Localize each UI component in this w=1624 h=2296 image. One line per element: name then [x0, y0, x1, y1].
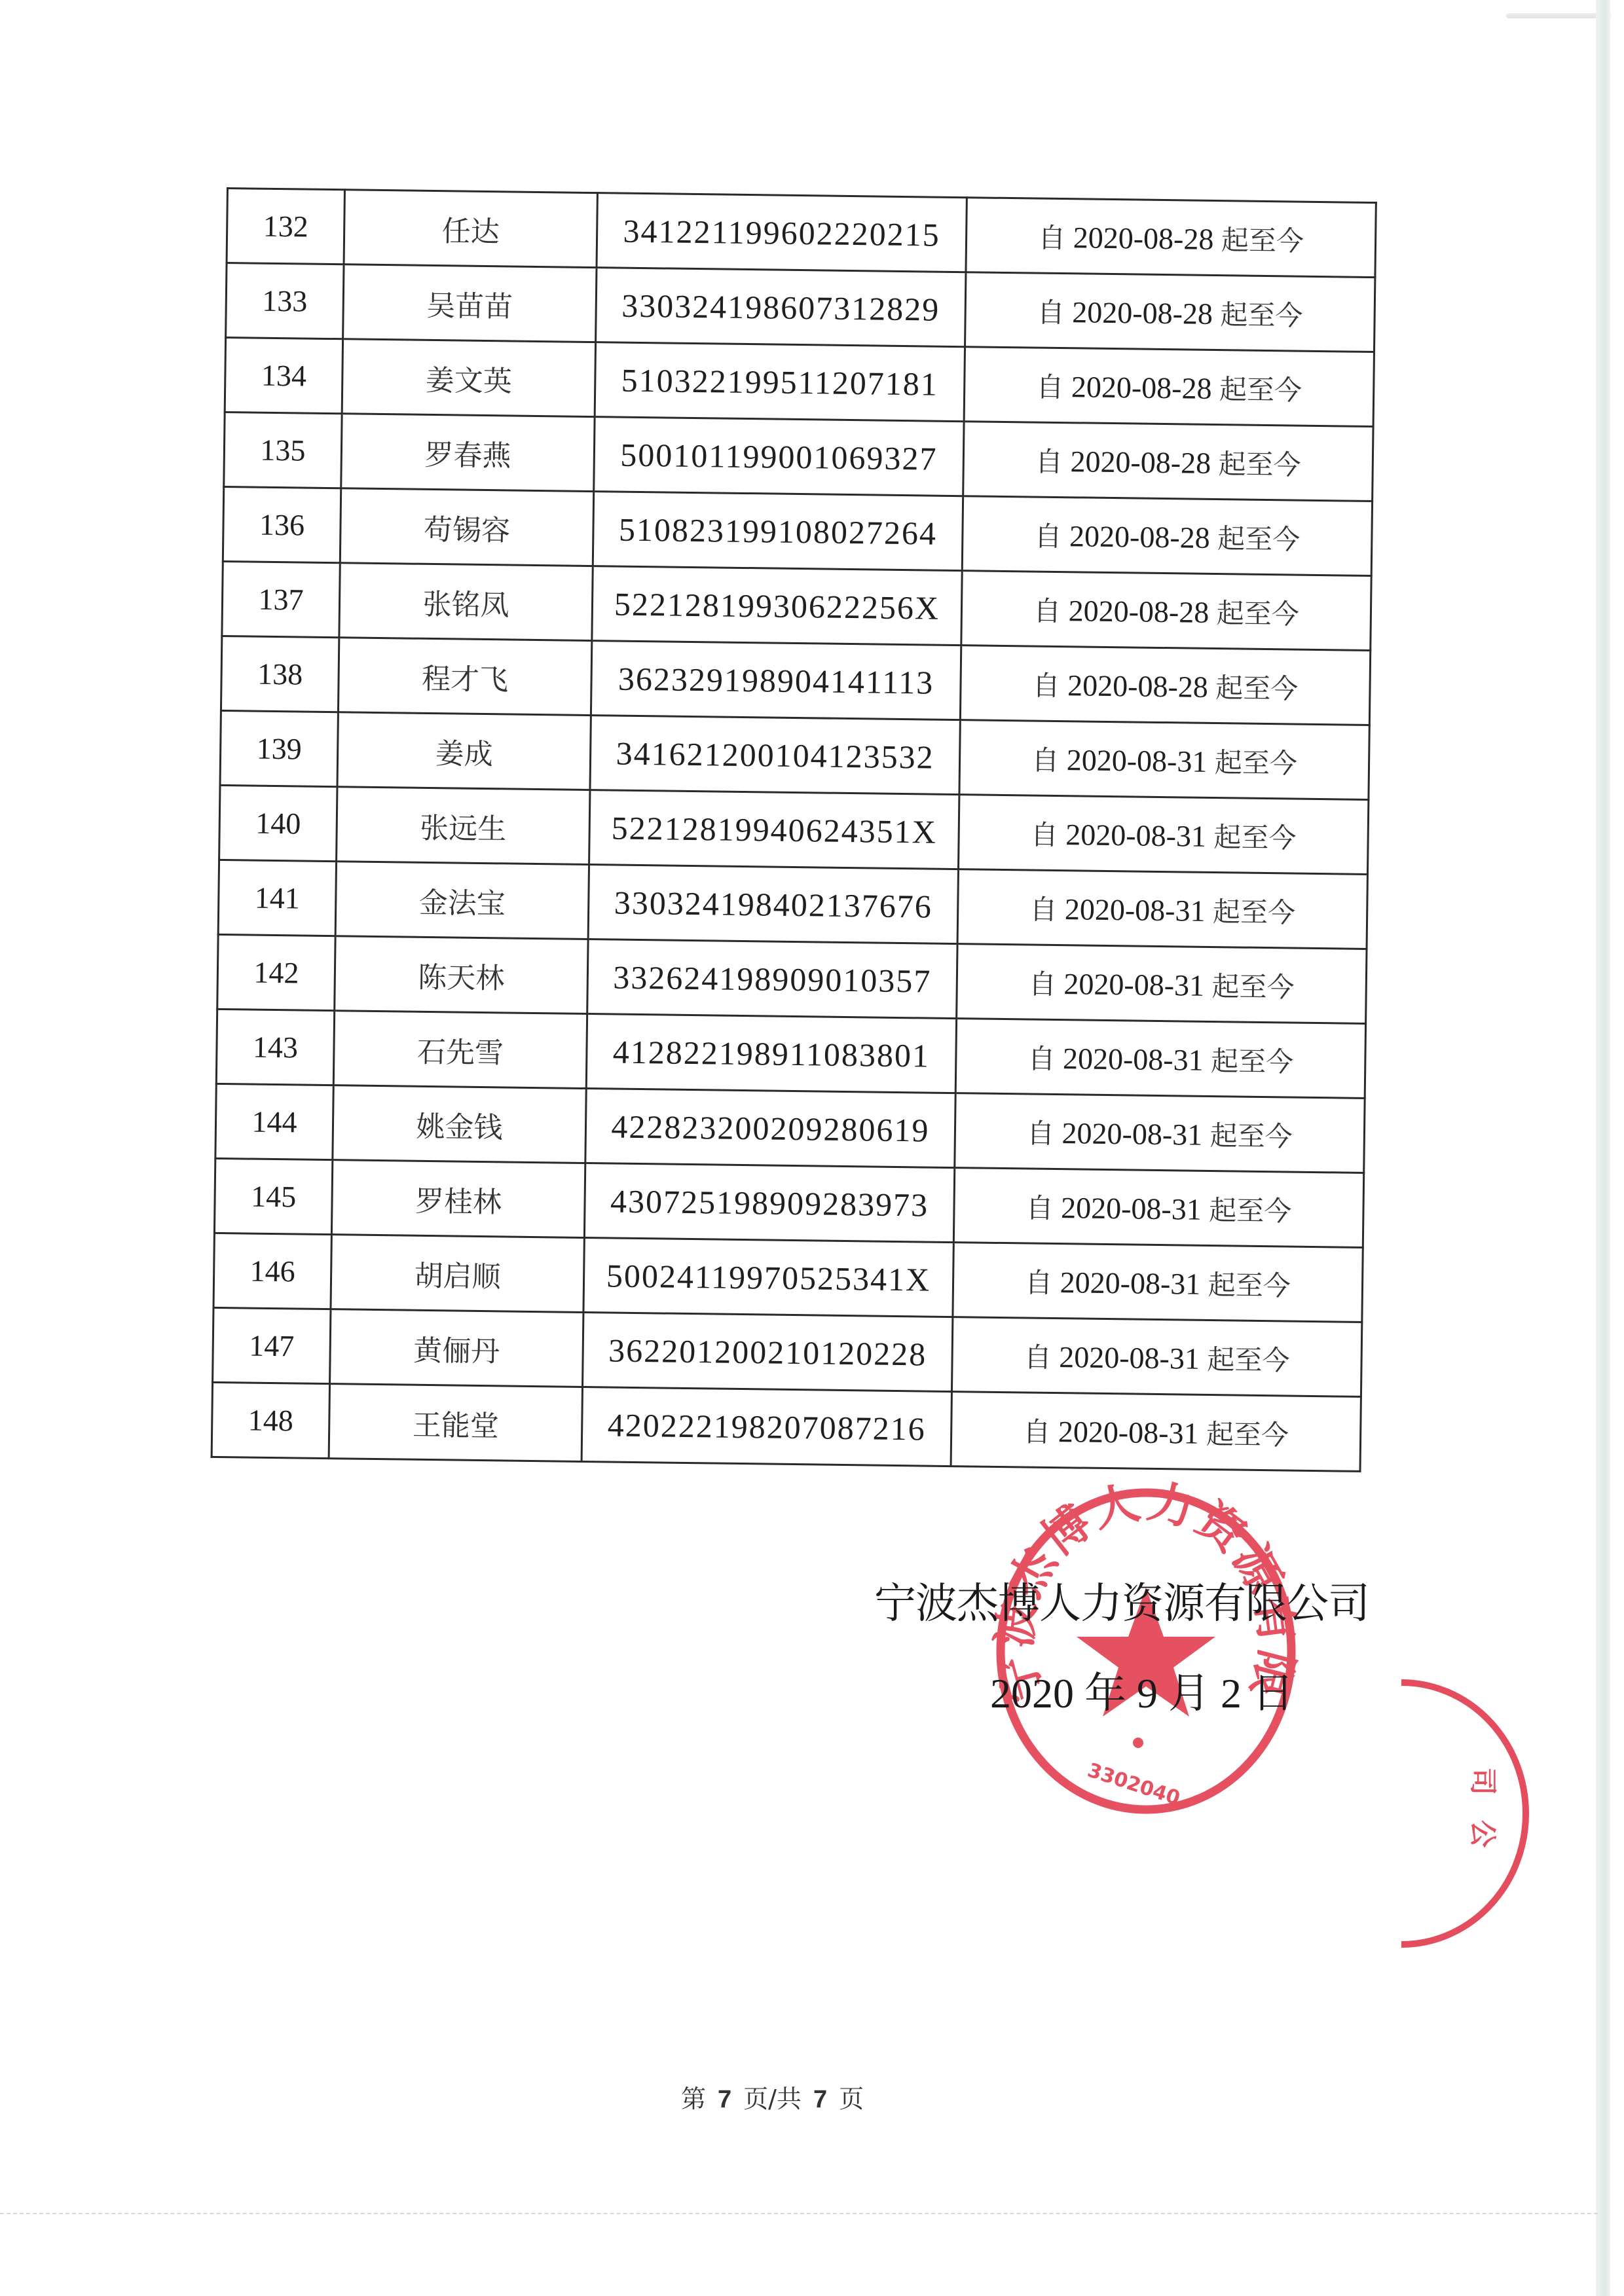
period-start-date: 2020-08-31	[1061, 1116, 1202, 1152]
period-suffix: 起至今	[1211, 1044, 1294, 1078]
employee-name: 金法宝	[335, 862, 589, 939]
period-start-date: 2020-08-28	[1068, 594, 1209, 629]
employment-period: 自 2020-08-31 起至今	[958, 795, 1368, 875]
period-suffix: 起至今	[1215, 672, 1299, 705]
total-page-count: 7	[802, 2086, 839, 2113]
employee-name: 姜文英	[342, 339, 595, 417]
employee-name: 任达	[344, 190, 597, 268]
date-year: 2020	[990, 1670, 1074, 1717]
roster-table: 132任达341221199602220215自 2020-08-28 起至今1…	[211, 187, 1377, 1472]
period-start-date: 2020-08-28	[1071, 370, 1212, 405]
employee-name: 罗桂林	[331, 1160, 585, 1238]
period-prefix: 自	[1032, 669, 1060, 702]
table-row: 144姚金钱422823200209280619自 2020-08-31 起至今	[215, 1084, 1365, 1173]
date-month-unit: 月	[1168, 1669, 1210, 1718]
id-number: 341621200104123532	[590, 716, 960, 795]
employee-name: 姜成	[337, 712, 591, 790]
employment-period: 自 2020-08-31 起至今	[957, 869, 1367, 949]
employment-period: 自 2020-08-31 起至今	[953, 1168, 1363, 1248]
period-prefix: 自	[1029, 893, 1058, 926]
period-prefix: 自	[1035, 445, 1063, 478]
period-prefix: 自	[1027, 1042, 1056, 1075]
period-suffix: 起至今	[1213, 896, 1296, 929]
period-start-date: 2020-08-31	[1061, 1191, 1202, 1226]
period-start-date: 2020-08-31	[1059, 1340, 1200, 1376]
row-number: 140	[219, 785, 337, 861]
row-number: 141	[218, 860, 336, 936]
period-prefix: 自	[1034, 520, 1062, 553]
date-year-unit: 年	[1084, 1669, 1126, 1718]
employment-period: 自 2020-08-31 起至今	[953, 1243, 1363, 1322]
id-number: 362329198904141113	[591, 641, 961, 720]
row-number: 143	[216, 1009, 334, 1085]
partial-seal-char: 公	[1467, 1820, 1499, 1848]
table-row: 138程才飞362329198904141113自 2020-08-28 起至今	[221, 636, 1370, 725]
period-suffix: 起至今	[1213, 821, 1297, 854]
period-prefix: 自	[1031, 818, 1059, 851]
row-number: 134	[225, 338, 342, 414]
table-row: 135罗春燕500101199001069327自 2020-08-28 起至今	[224, 412, 1373, 501]
id-number: 330324198402137676	[588, 865, 958, 944]
employee-name: 黄俪丹	[330, 1309, 583, 1387]
period-suffix: 起至今	[1220, 299, 1303, 332]
period-start-date: 2020-08-31	[1066, 743, 1207, 778]
table-row: 143石先雪412822198911083801自 2020-08-31 起至今	[216, 1009, 1365, 1098]
date-day: 2	[1221, 1670, 1242, 1717]
current-page-number: 7	[706, 2086, 743, 2113]
period-prefix: 自	[1025, 1266, 1053, 1299]
period-suffix: 起至今	[1208, 1268, 1291, 1302]
employment-period: 自 2020-08-31 起至今	[959, 720, 1369, 800]
period-start-date: 2020-08-28	[1067, 668, 1208, 704]
row-number: 146	[213, 1233, 331, 1309]
scan-edge-artifact	[1506, 13, 1611, 18]
period-start-date: 2020-08-31	[1063, 967, 1204, 1002]
period-start-date: 2020-08-31	[1058, 1415, 1199, 1450]
period-suffix: 起至今	[1217, 522, 1301, 556]
employment-period: 自 2020-08-28 起至今	[962, 496, 1372, 576]
employment-period: 自 2020-08-31 起至今	[957, 944, 1367, 1024]
employment-period: 自 2020-08-28 起至今	[960, 646, 1370, 725]
period-suffix: 起至今	[1209, 1119, 1293, 1152]
period-start-date: 2020-08-31	[1060, 1266, 1200, 1301]
row-number: 137	[222, 561, 340, 637]
period-suffix: 起至今	[1221, 224, 1304, 257]
table-row: 148王能堂420222198207087216自 2020-08-31 起至今	[212, 1382, 1361, 1471]
id-number: 52212819940624351X	[589, 790, 959, 869]
table-row: 140张远生52212819940624351X自 2020-08-31 起至今	[219, 785, 1369, 874]
table-row: 145罗桂林430725198909283973自 2020-08-31 起至今	[214, 1158, 1363, 1247]
footer-middle: 页/共	[743, 2085, 802, 2113]
period-prefix: 自	[1025, 1192, 1054, 1224]
period-prefix: 自	[1036, 371, 1064, 403]
period-prefix: 自	[1024, 1341, 1052, 1374]
period-prefix: 自	[1023, 1415, 1051, 1448]
table-row: 147黄俪丹362201200210120228自 2020-08-31 起至今	[213, 1307, 1362, 1396]
period-prefix: 自	[1037, 296, 1065, 329]
employment-period: 自 2020-08-28 起至今	[961, 571, 1371, 651]
footer-suffix: 页	[839, 2085, 864, 2113]
period-suffix: 起至今	[1207, 1343, 1290, 1376]
period-suffix: 起至今	[1216, 597, 1299, 630]
page-footer: 第7页/共7页	[681, 2079, 864, 2115]
employment-period: 自 2020-08-28 起至今	[965, 272, 1375, 352]
row-number: 135	[224, 412, 342, 488]
employee-name: 姚金钱	[333, 1085, 586, 1163]
table-row: 133吴苗苗330324198607312829自 2020-08-28 起至今	[226, 263, 1375, 352]
adjacent-page-seal-fragment: 司 公	[1375, 1676, 1559, 1951]
scan-fold-line	[0, 2213, 1598, 2214]
employee-name: 罗春燕	[341, 414, 595, 492]
id-number: 420222198207087216	[581, 1387, 951, 1466]
period-suffix: 起至今	[1215, 746, 1298, 780]
employment-period: 自 2020-08-31 起至今	[955, 1019, 1365, 1099]
table-row: 137张铭凤52212819930622256X自 2020-08-28 起至今	[222, 561, 1371, 650]
date-day-unit: 日	[1252, 1669, 1294, 1718]
row-number: 132	[227, 189, 344, 264]
period-suffix: 起至今	[1209, 1194, 1292, 1227]
footer-prefix: 第	[681, 2085, 706, 2113]
id-number: 332624198909010357	[587, 939, 957, 1019]
id-number: 362201200210120228	[583, 1312, 953, 1391]
employment-period: 自 2020-08-28 起至今	[963, 422, 1373, 501]
employee-name: 张铭凤	[339, 563, 593, 641]
id-number: 52212819930622256X	[592, 566, 962, 646]
row-number: 133	[226, 263, 344, 339]
employee-name: 王能堂	[329, 1384, 582, 1462]
employment-period: 自 2020-08-28 起至今	[964, 347, 1374, 427]
period-start-date: 2020-08-31	[1063, 1042, 1204, 1077]
employment-period: 自 2020-08-31 起至今	[951, 1317, 1361, 1397]
row-number: 147	[213, 1307, 331, 1383]
period-start-date: 2020-08-28	[1069, 519, 1210, 555]
table-row: 132任达341221199602220215自 2020-08-28 起至今	[227, 189, 1376, 278]
period-suffix: 起至今	[1219, 373, 1302, 407]
table-row: 142陈天林332624198909010357自 2020-08-31 起至今	[217, 934, 1367, 1023]
row-number: 139	[220, 710, 338, 786]
id-number: 341221199602220215	[597, 193, 967, 272]
period-prefix: 自	[1038, 221, 1066, 254]
period-start-date: 2020-08-28	[1070, 445, 1211, 480]
employee-name: 吴苗苗	[343, 264, 597, 342]
period-prefix: 自	[1029, 968, 1057, 1000]
row-number: 138	[221, 636, 339, 712]
period-suffix: 起至今	[1206, 1417, 1289, 1451]
row-number: 144	[215, 1084, 333, 1159]
row-number: 136	[223, 486, 341, 562]
scan-edge-strip	[1596, 0, 1610, 2296]
company-seal: 宁波杰博人力资源有限公司 3302040	[982, 1480, 1310, 1820]
row-number: 148	[212, 1382, 329, 1458]
employment-period: 自 2020-08-31 起至今	[955, 1093, 1365, 1173]
id-number: 510322199511207181	[595, 342, 965, 422]
id-number: 510823199108027264	[593, 492, 963, 571]
period-start-date: 2020-08-31	[1065, 892, 1206, 928]
table-row: 146胡启顺50024119970525341X自 2020-08-31 起至今	[213, 1233, 1363, 1322]
roster-table-body: 132任达341221199602220215自 2020-08-28 起至今1…	[212, 189, 1376, 1472]
period-start-date: 2020-08-28	[1073, 221, 1213, 256]
period-start-date: 2020-08-28	[1072, 295, 1213, 331]
table-row: 136苟锡容510823199108027264自 2020-08-28 起至今	[223, 486, 1372, 575]
signature-date: 2020 年 9 月 2 日	[990, 1660, 1294, 1720]
table-row: 139姜成341621200104123532自 2020-08-31 起至今	[220, 710, 1369, 799]
employee-name: 石先雪	[333, 1011, 587, 1089]
employment-period: 自 2020-08-28 起至今	[966, 198, 1376, 278]
employee-name: 陈天林	[335, 936, 588, 1014]
id-number: 422823200209280619	[585, 1089, 955, 1168]
id-number: 430725198909283973	[584, 1163, 954, 1243]
id-number: 500101199001069327	[594, 417, 964, 496]
period-prefix: 自	[1027, 1117, 1055, 1150]
id-number: 412822198911083801	[586, 1014, 956, 1093]
table-row: 141金法宝330324198402137676自 2020-08-31 起至今	[218, 860, 1367, 949]
employee-name: 张远生	[337, 787, 590, 865]
period-suffix: 起至今	[1211, 970, 1295, 1004]
period-suffix: 起至今	[1218, 448, 1301, 481]
employment-period: 自 2020-08-31 起至今	[951, 1392, 1361, 1472]
id-number: 330324198607312829	[596, 268, 966, 347]
employee-name: 胡启顺	[331, 1235, 584, 1313]
table-row: 134姜文英510322199511207181自 2020-08-28 起至今	[225, 338, 1374, 427]
row-number: 145	[214, 1158, 332, 1234]
id-number: 50024119970525341X	[583, 1237, 953, 1317]
company-name: 宁波杰博人力资源有限公司	[874, 1570, 1369, 1630]
roster-table-container: 132任达341221199602220215自 2020-08-28 起至今1…	[211, 187, 1367, 1472]
row-number: 142	[217, 934, 335, 1010]
period-prefix: 自	[1031, 744, 1060, 776]
employee-name: 程才飞	[338, 638, 591, 716]
date-month: 9	[1137, 1670, 1158, 1717]
period-start-date: 2020-08-31	[1065, 818, 1206, 853]
employee-name: 苟锡容	[340, 488, 593, 566]
partial-seal-char: 司	[1467, 1768, 1499, 1795]
period-prefix: 自	[1033, 594, 1061, 627]
